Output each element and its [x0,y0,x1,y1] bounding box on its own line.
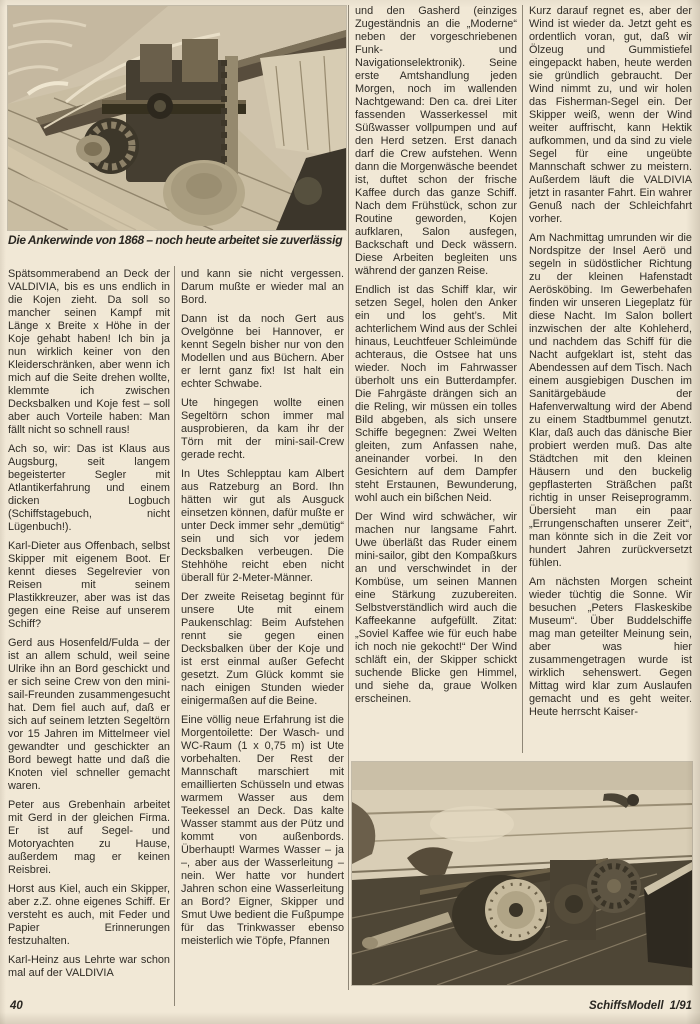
paragraph: und kann sie nicht vergessen. Darum mußt… [181,268,344,307]
magazine-page: Die Ankerwinde von 1868 – noch heute arb… [0,0,700,1024]
page-number: 40 [10,1000,23,1012]
paragraph: Gerd aus Hosenfeld/Fulda – der ist an al… [8,637,170,793]
column-divider-1 [174,266,175,1006]
paragraph: Horst aus Kiel, auch ein Skipper, aber z… [8,883,170,948]
photo-caption: Die Ankerwinde von 1868 – noch heute arb… [8,233,348,247]
paragraph: Endlich ist das Schiff klar, wir setzen … [355,284,517,505]
paragraph: Karl-Dieter aus Offenbach, selbst Skippe… [8,540,170,631]
issue-number: 1/91 [670,1000,692,1012]
column-divider-3 [522,5,523,753]
top-photo-anchor-windlass [8,6,346,230]
paragraph: und den Gasherd (einziges Zugeständnis a… [355,5,517,278]
paragraph: Ute hingegen wollte einen Segeltörn scho… [181,397,344,462]
text-column-2: und kann sie nicht vergessen. Darum mußt… [181,268,344,1013]
paragraph: Der zweite Reisetag beginnt für unsere U… [181,591,344,708]
text-column-1: Spätsommerabend an Deck der VALDIVIA, bi… [8,268,170,1013]
paragraph: Dann ist da noch Gert aus Ovelgönne bei … [181,313,344,391]
paragraph: Eine völlig neue Erfahrung ist die Morge… [181,714,344,948]
paragraph: Am Nachmittag umrunden wir die Nordspitz… [529,232,692,570]
text-column-4: Kurz darauf regnet es, aber der Wind ist… [529,5,692,755]
top-photo-illustration [8,6,346,230]
paragraph: Karl-Heinz aus Lehrte war schon mal auf … [8,954,170,980]
paragraph: Peter aus Grebenhain arbeitet mit Gerd i… [8,799,170,877]
bottom-photo-illustration [352,762,692,985]
magazine-footer: SchiffsModell1/91 [589,1000,692,1012]
text-column-3: und den Gasherd (einziges Zugeständnis a… [355,5,517,755]
paragraph: Der Wind wird schwächer, wir machen nur … [355,511,517,706]
paragraph: In Utes Schlepptau kam Albert aus Ratzeb… [181,468,344,585]
gear-wheel [587,859,641,913]
bottom-photo-windlass-detail [352,762,692,985]
column-divider-2 [348,5,349,990]
paragraph: Ach so, wir: Das ist Klaus aus Augsburg,… [8,443,170,534]
paragraph: Am nächsten Morgen scheint wieder tüchti… [529,576,692,719]
paragraph: Kurz darauf regnet es, aber der Wind ist… [529,5,692,226]
capstan-drum [163,160,245,226]
magazine-title: SchiffsModell [589,1000,664,1012]
center-machinery [550,860,596,940]
winch-drum [452,875,548,955]
paragraph: Spätsommerabend an Deck der VALDIVIA, bi… [8,268,170,437]
